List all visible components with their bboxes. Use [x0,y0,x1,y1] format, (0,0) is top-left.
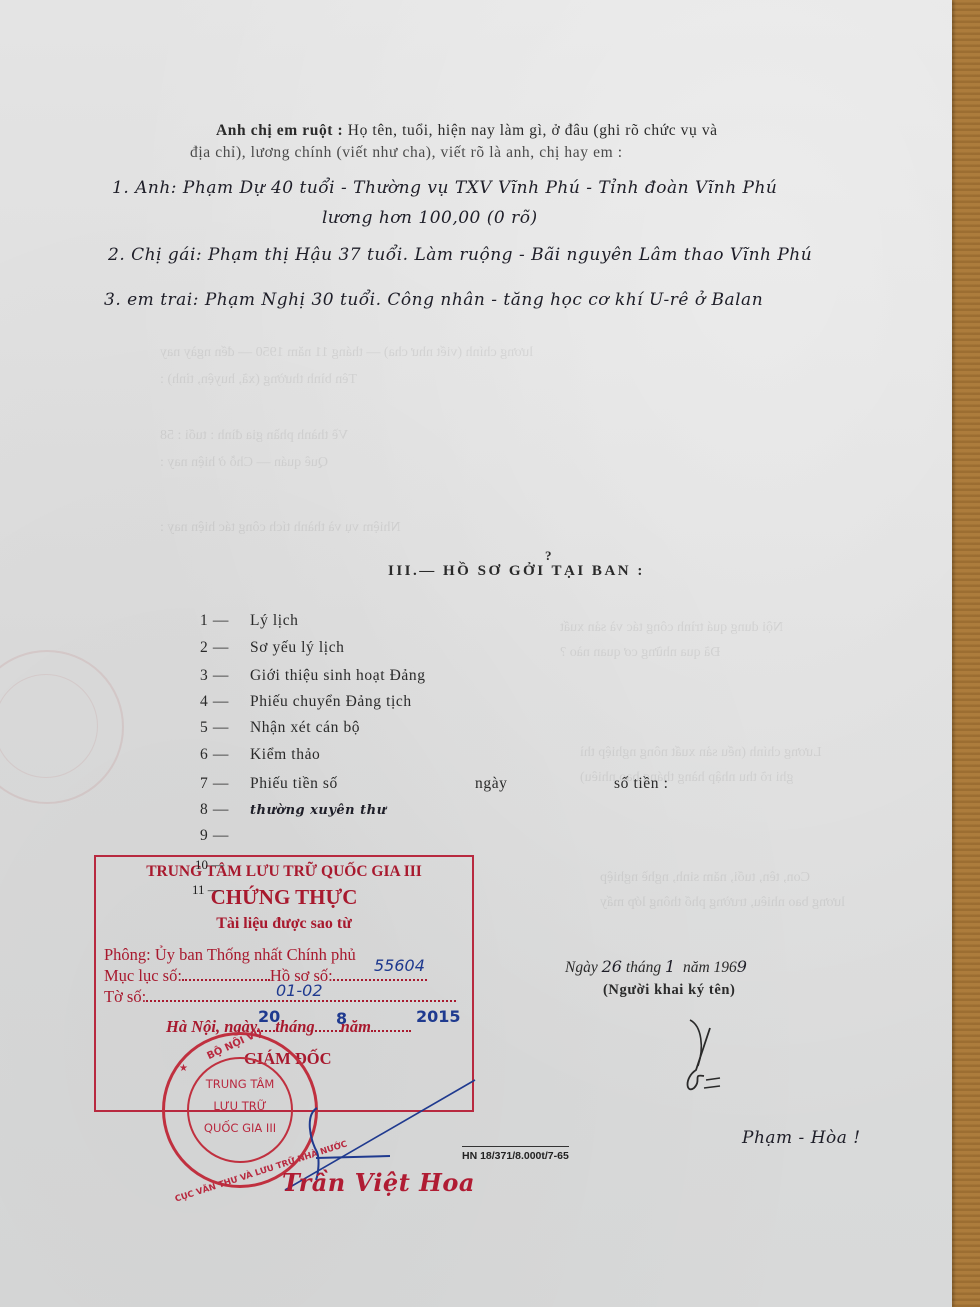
bleed-through-text: Con, tên, tuổi, năm sinh, nghề nghiệp [600,870,810,886]
file-item-11: 11 — [192,882,221,898]
file-item-4: 4 —Phiếu chuyển Đảng tịch [200,693,412,711]
bleed-through-text: Nhiệm vụ và thành tích công tác hiện nay… [160,520,401,536]
bleed-through-text: Lương chính (nếu sản xuất nông nghiệp th… [580,745,822,761]
bleed-through-text: Quê quán — Chỗ ở hiện nay : [160,455,328,471]
bleed-through-text: lương chính (viết như cha) — tháng 11 nă… [160,345,533,361]
field-date-label: ngày [475,775,508,793]
sibling-entry-2: 2. Chị gái: Phạm thị Hậu 37 tuổi. Làm ru… [108,245,812,265]
file-item-5: 5 —Nhận xét cán bộ [200,719,360,737]
signer-label: (Người khai ký tên) [603,982,735,999]
stamp-month-value: 8 [336,1009,347,1028]
file-item-7: 7 —Phiếu tiền số ngày số tiền : [200,775,700,793]
stamp-year-value: 2015 [416,1007,461,1026]
section-title: III.— HỒ SƠ GỞI TẠI BAN : [388,563,645,580]
bleed-through-text: Đã qua những cơ quan nào ? [560,645,720,661]
file-item-10: 10 — [195,857,224,873]
form-code: HN 18/371/8.000t/7-65 [462,1146,569,1162]
director-name: Trần Việt Hoa [282,1168,475,1197]
instruction-line-2: địa chỉ), lương chính (viết như cha), vi… [190,142,916,164]
siblings-label: Anh chị em ruột : [216,122,343,139]
sibling-entry-1: 1. Anh: Phạm Dự 40 tuổi - Thường vụ TXV … [112,178,777,198]
field-amount-label: số tiền : [614,775,668,793]
stamp-org: TRUNG TÂM LƯU TRỮ QUỐC GIA III [96,863,472,881]
handwritten-item-8: thường xuyên thư [250,803,387,818]
file-item-6: 6 —Kiểm thảo [200,746,320,764]
stamp-day-value: 20 [258,1007,280,1026]
faint-stamp-bleed [0,650,124,804]
file-item-3: 3 —Giới thiệu sinh hoạt Đảng [200,667,426,685]
section-mark: ? [545,548,552,564]
declarant-signature-icon [680,1018,760,1098]
document-page: lương chính (viết như cha) — tháng 11 nă… [0,0,952,1307]
file-item-2: 2 —Sơ yếu lý lịch [200,639,345,657]
declarant-name: Phạm - Hòa ! [742,1128,861,1148]
file-item-8: 8 —thường xuyên thư [200,801,387,819]
sibling-entry-3: 3. em trai: Phạm Nghị 30 tuổi. Công nhân… [104,290,763,310]
bleed-through-text: Nội dung quá trình công tác và sản xuất [560,620,783,636]
sibling-entry-1-salary: lương hơn 100,00 (0 rõ) [322,208,538,228]
siblings-instruction: Anh chị em ruột : Họ tên, tuổi, hiện nay… [216,120,916,164]
stamp-title: CHỨNG THỰC [96,885,472,910]
stamp-subtitle: Tài liệu được sao từ [96,915,472,933]
file-number-value: 55604 [374,956,425,975]
sign-date: Ngày 26 tháng 1 năm 1969 [565,957,747,977]
stamp-sheet-row: Tờ số: 01-02 [104,987,464,1007]
bleed-through-text: lương bao nhiêu, trường phổ thông lớp mấ… [600,895,845,911]
file-item-1: 1 —Lý lịch [200,612,299,630]
stamp-date-row: Hà Nội, ngàythángnăm 20 8 2015 [166,1017,464,1037]
file-item-9: 9 — [200,827,250,845]
bleed-through-text: Tên bình thường (xã, huyện, tỉnh) : [160,372,357,388]
instruction-line-1: Họ tên, tuổi, hiện nay làm gì, ở đâu (gh… [348,122,718,139]
sheet-number-value: 01-02 [276,981,323,1000]
bleed-through-text: Về thành phần gia đình : tuổi : 58 [160,428,348,444]
